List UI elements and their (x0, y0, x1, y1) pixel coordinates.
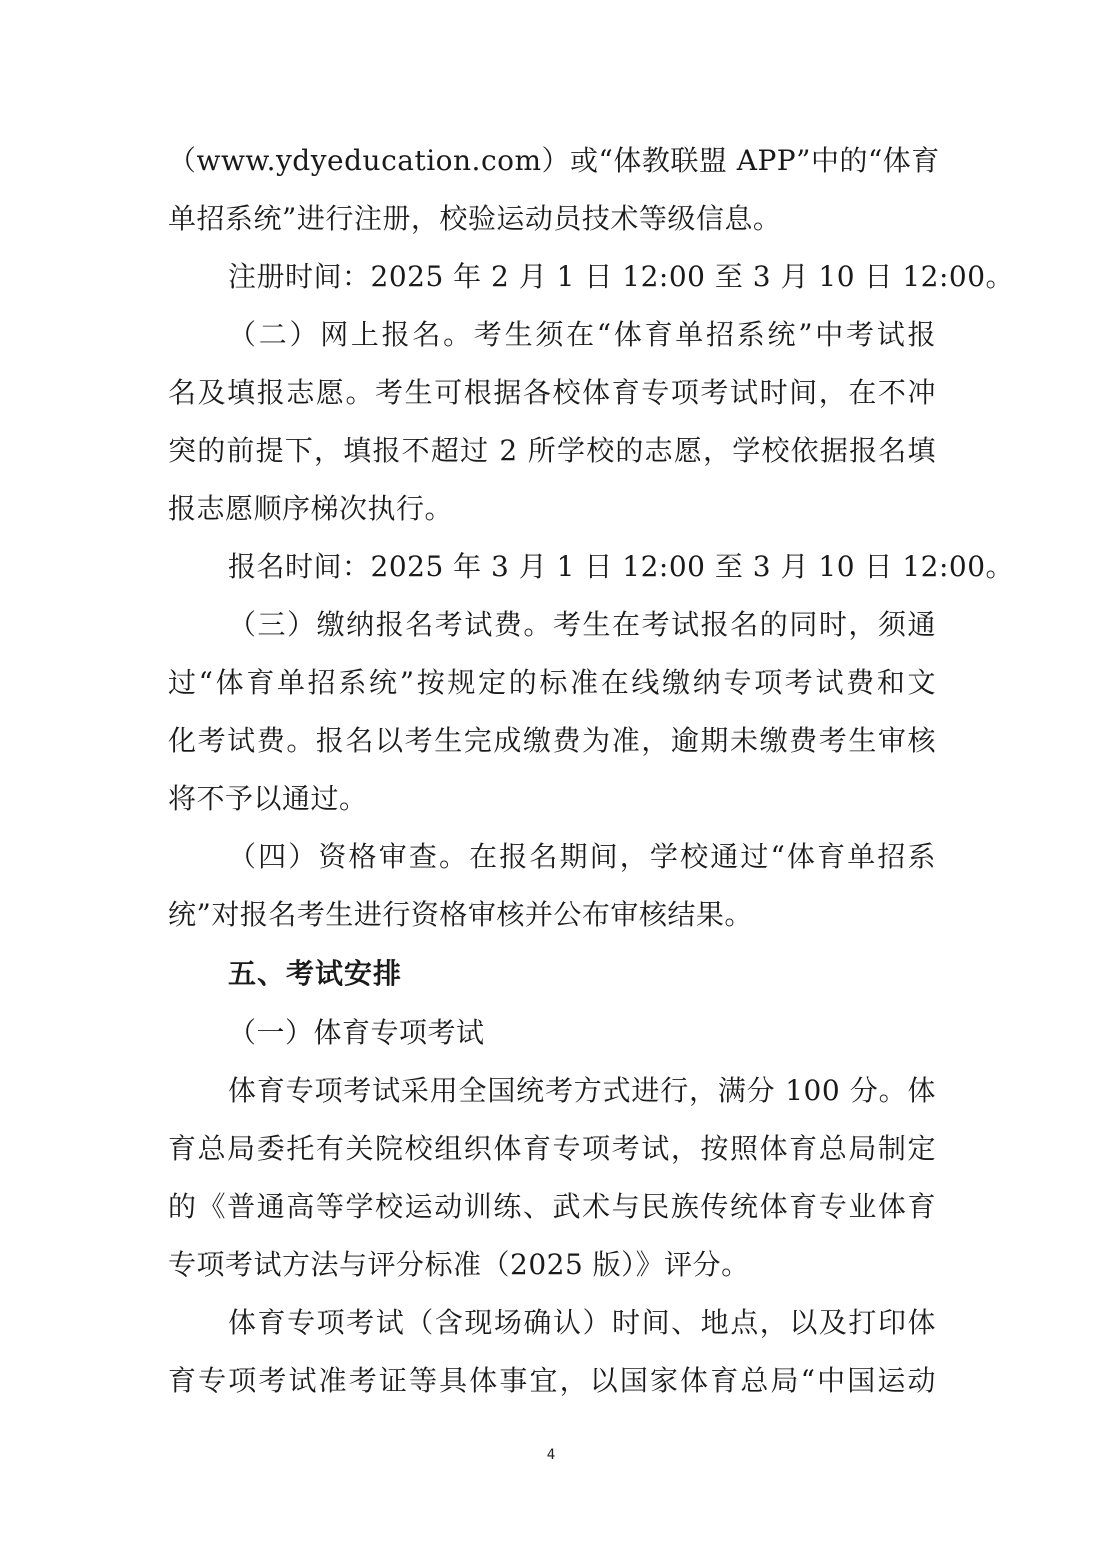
paragraph-sports-exam-description: 体育专项考试采用全国统考方式进行，满分 100 分。体 育总局委托有关院校组织体… (168, 1062, 936, 1294)
paragraph-online-application: （二）网上报名。考生须在“体育单招系统”中考试报 名及填报志愿。考生可根据各校体… (168, 306, 936, 538)
section-heading: 五、考试安排 (168, 944, 936, 1004)
paragraph-registration-time: 注册时间：2025 年 2 月 1 日 12:00 至 3 月 10 日 12:… (168, 248, 936, 306)
paragraph-registration-continued: （www.ydyeducation.com）或“体教联盟 APP”中的“体育 单… (168, 132, 936, 248)
text-line: （二）网上报名。考生须在“体育单招系统”中考试报 (168, 306, 936, 364)
text-line: 报名时间：2025 年 3 月 1 日 12:00 至 3 月 10 日 12:… (168, 538, 936, 596)
paragraph-qualification-review: （四）资格审查。在报名期间，学校通过“体育单招系 统”对报名考生进行资格审核并公… (168, 828, 936, 944)
text-line: 注册时间：2025 年 2 月 1 日 12:00 至 3 月 10 日 12:… (168, 248, 936, 306)
text-line: 育专项考试准考证等具体事宜，以国家体育总局“中国运动 (168, 1352, 936, 1410)
subsection-heading: （一）体育专项考试 (168, 1004, 936, 1062)
document-page: （www.ydyeducation.com）或“体教联盟 APP”中的“体育 单… (168, 132, 936, 1410)
text-line: 过“体育单招系统”按规定的标准在线缴纳专项考试费和文 (168, 654, 936, 712)
text-line: （三）缴纳报名考试费。考生在考试报名的同时，须通 (168, 596, 936, 654)
text-line: 单招系统”进行注册，校验运动员技术等级信息。 (168, 190, 936, 248)
text-line: 突的前提下，填报不超过 2 所学校的志愿，学校依据报名填 (168, 422, 936, 480)
text-line: 的《普通高等学校运动训练、武术与民族传统体育专业体育 (168, 1178, 936, 1236)
text-line: 专项考试方法与评分标准（2025 版）》评分。 (168, 1236, 936, 1294)
text-line: （www.ydyeducation.com）或“体教联盟 APP”中的“体育 (168, 132, 936, 190)
text-line: 体育专项考试（含现场确认）时间、地点，以及打印体 (168, 1294, 936, 1352)
paragraph-sports-exam-logistics: 体育专项考试（含现场确认）时间、地点，以及打印体 育专项考试准考证等具体事宜，以… (168, 1294, 936, 1410)
text-line: 报志愿顺序梯次执行。 (168, 480, 936, 538)
text-line: 育总局委托有关院校组织体育专项考试，按照体育总局制定 (168, 1120, 936, 1178)
text-line: 体育专项考试采用全国统考方式进行，满分 100 分。体 (168, 1062, 936, 1120)
text-line: （四）资格审查。在报名期间，学校通过“体育单招系 (168, 828, 936, 886)
text-line: 将不予以通过。 (168, 770, 936, 828)
text-line: 统”对报名考生进行资格审核并公布审核结果。 (168, 886, 936, 944)
text-line: 化考试费。报名以考生完成缴费为准，逾期未缴费考生审核 (168, 712, 936, 770)
paragraph-application-time: 报名时间：2025 年 3 月 1 日 12:00 至 3 月 10 日 12:… (168, 538, 936, 596)
page-number: 4 (0, 1447, 1102, 1463)
text-line: 名及填报志愿。考生可根据各校体育专项考试时间，在不冲 (168, 364, 936, 422)
paragraph-fee-payment: （三）缴纳报名考试费。考生在考试报名的同时，须通 过“体育单招系统”按规定的标准… (168, 596, 936, 828)
